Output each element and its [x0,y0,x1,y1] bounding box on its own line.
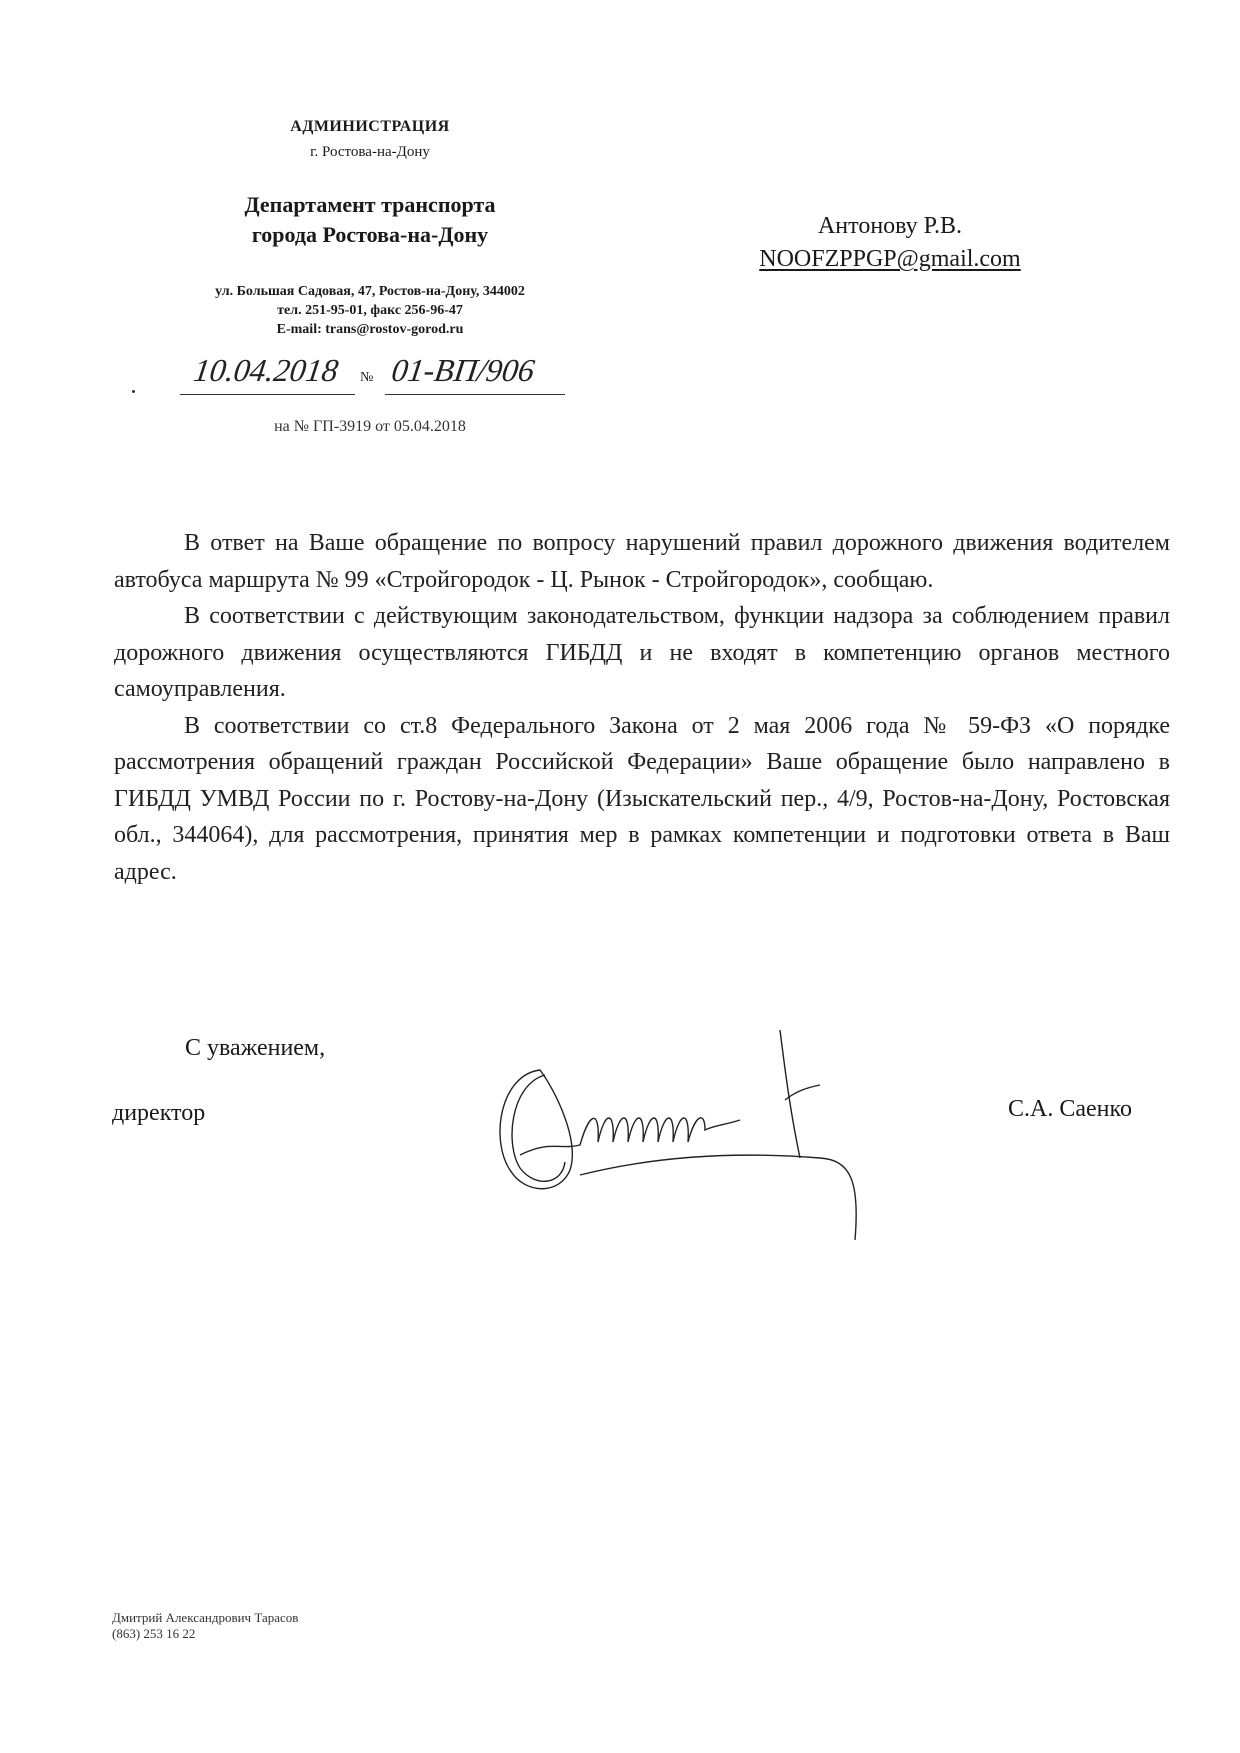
registration-line: 10.04.2018 № 01-ВП/906 [180,352,580,396]
date-underline [180,394,355,395]
address: ул. Большая Садовая, 47, Ростов-на-Дону,… [120,282,620,301]
scan-dot [132,390,135,393]
body-paragraph: В соответствии с действующим законодател… [114,598,1170,708]
organization-city: г. Ростова-на-Дону [120,144,620,161]
registration-date: 10.04.2018 [191,352,340,389]
recipient-name: Антонову Р.В. [700,210,1080,243]
phone-fax: тел. 251-95-01, факс 256-96-47 [120,301,620,320]
signer-name: С.А. Саенко [1008,1096,1132,1123]
number-underline [385,394,565,395]
number-sign: № [360,370,373,386]
organization-name: АДМИНИСТРАЦИЯ [120,118,620,136]
executor-name: Дмитрий Александрович Тарасов [112,1610,298,1626]
signer-role: директор [112,1100,205,1127]
executor-info: Дмитрий Александрович Тарасов (863) 253 … [112,1610,298,1642]
letterhead-contacts: ул. Большая Садовая, 47, Ростов-на-Дону,… [120,282,620,339]
reference-number: на № ГП-3919 от 05.04.2018 [120,418,620,436]
department-line-2: города Ростова-на-Дону [120,220,620,250]
body-paragraph: В ответ на Ваше обращение по вопросу нар… [114,525,1170,598]
recipient-email: NOOFZPPGP@gmail.com [700,243,1080,276]
executor-phone: (863) 253 16 22 [112,1626,298,1642]
handwritten-signature [480,1030,940,1240]
recipient-block: Антонову Р.В. NOOFZPPGP@gmail.com [700,210,1080,276]
registration-number: 01-ВП/906 [389,352,536,389]
body-paragraph: В соответствии со ст.8 Федерального Зако… [114,708,1170,891]
closing-phrase: С уважением, [185,1035,325,1062]
letter-body: В ответ на Ваше обращение по вопросу нар… [114,525,1170,890]
department-line-1: Департамент транспорта [120,190,620,220]
department-email: E-mail: trans@rostov-gorod.ru [120,320,620,339]
department-name: Департамент транспорта города Ростова-на… [120,190,620,250]
